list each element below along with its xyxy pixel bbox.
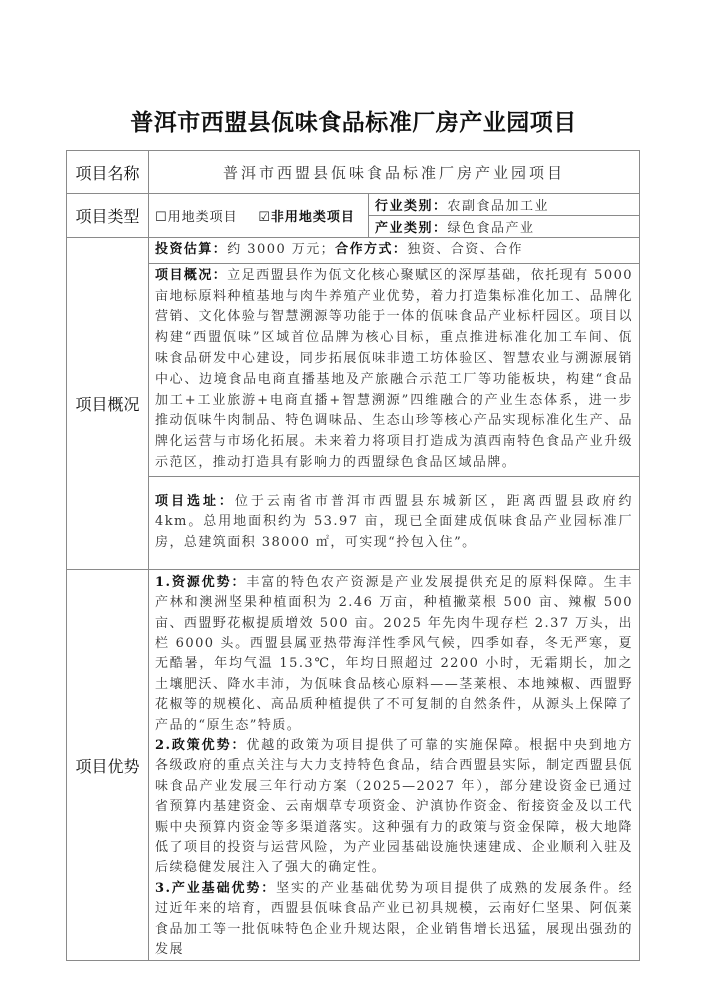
checkbox-land-use[interactable]: ☐用地类项目 — [155, 210, 238, 225]
advantage-heading: 3.产业基础优势： — [155, 881, 276, 896]
sector-category-value: 绿色食品产业 — [448, 221, 535, 236]
site-label: 项目选址： — [155, 494, 235, 509]
advantage-text: 优越的政策为项目提供了可靠的实施保障。根据中央到地方各级政府的重点关注与大力支持… — [155, 738, 633, 875]
label-project-type: 项目类型 — [67, 194, 149, 238]
project-summary: 项目概况：立足西盟县作为佤文化核心聚赋区的深厚基础，依托现有 5000 亩地标原… — [149, 263, 640, 476]
row-project-type: 项目类型 ☐用地类项目 ☑非用地类项目 行业类别：农副食品加工业 — [67, 194, 640, 216]
cooperation-label: 合作方式： — [335, 242, 407, 257]
investment-info: 投资估算：约 3000 万元；合作方式：独资、合资、合作 — [149, 238, 640, 264]
industry-category-value: 农副食品加工业 — [448, 199, 550, 214]
document-title: 普洱市西盟县佤味食品标准厂房产业园项目 — [0, 104, 707, 137]
summary-text: 立足西盟县作为佤文化核心聚赋区的深厚基础，依托现有 5000 亩地标原料种植基地… — [155, 268, 633, 470]
row-site: 项目选址：位于云南省市普洱市西盟县东城新区，距离西盟县政府约 4km。总用地面积… — [67, 476, 640, 569]
project-type-options: ☐用地类项目 ☑非用地类项目 — [149, 194, 369, 238]
sector-category: 产业类别：绿色食品产业 — [369, 216, 640, 238]
summary-label: 项目概况： — [155, 268, 227, 283]
label-project-overview: 项目概况 — [67, 238, 149, 570]
advantage-text: 丰富的特色农产资源是产业发展提供充足的原料保障。生丰产林和澳洲坚果种植面积为 2… — [155, 575, 633, 733]
advantages-content: 1.资源优势：丰富的特色农产资源是产业发展提供充足的原料保障。生丰产林和澳洲坚果… — [149, 569, 640, 961]
checked-box-icon: ☑ — [258, 210, 271, 225]
advantage-item: 3.产业基础优势：坚实的产业基础优势为项目提供了成熟的发展条件。经过近年来的培育… — [155, 879, 633, 961]
advantage-item: 2.政策优势：优越的政策为项目提供了可靠的实施保障。根据中央到地方各级政府的重点… — [155, 736, 633, 879]
option-land-use-label: 用地类项目 — [168, 210, 238, 225]
row-investment: 项目概况 投资估算：约 3000 万元；合作方式：独资、合资、合作 — [67, 238, 640, 264]
investment-value: 约 3000 万元； — [227, 242, 335, 257]
checkbox-non-land-use[interactable]: ☑非用地类项目 — [258, 210, 355, 225]
option-non-land-use-label: 非用地类项目 — [271, 210, 355, 225]
row-project-name: 项目名称 普洱市西盟县佤味食品标准厂房产业园项目 — [67, 151, 640, 194]
cooperation-value: 独资、合资、合作 — [407, 242, 523, 257]
industry-category: 行业类别：农副食品加工业 — [369, 194, 640, 216]
unchecked-box-icon: ☐ — [155, 210, 168, 225]
investment-label: 投资估算： — [155, 242, 227, 257]
project-site: 项目选址：位于云南省市普洱市西盟县东城新区，距离西盟县政府约 4km。总用地面积… — [149, 476, 640, 569]
label-project-advantages: 项目优势 — [67, 569, 149, 961]
project-name-value: 普洱市西盟县佤味食品标准厂房产业园项目 — [149, 151, 640, 194]
row-advantages: 项目优势 1.资源优势：丰富的特色农产资源是产业发展提供充足的原料保障。生丰产林… — [67, 569, 640, 961]
label-project-name: 项目名称 — [67, 151, 149, 194]
industry-category-label: 行业类别： — [375, 199, 448, 214]
row-summary: 项目概况：立足西盟县作为佤文化核心聚赋区的深厚基础，依托现有 5000 亩地标原… — [67, 263, 640, 476]
advantage-heading: 1.资源优势： — [155, 575, 246, 590]
project-info-table: 项目名称 普洱市西盟县佤味食品标准厂房产业园项目 项目类型 ☐用地类项目 ☑非用… — [66, 150, 640, 961]
sector-category-label: 产业类别： — [375, 221, 448, 236]
advantage-item: 1.资源优势：丰富的特色农产资源是产业发展提供充足的原料保障。生丰产林和澳洲坚果… — [155, 573, 633, 736]
advantage-heading: 2.政策优势： — [155, 738, 246, 753]
